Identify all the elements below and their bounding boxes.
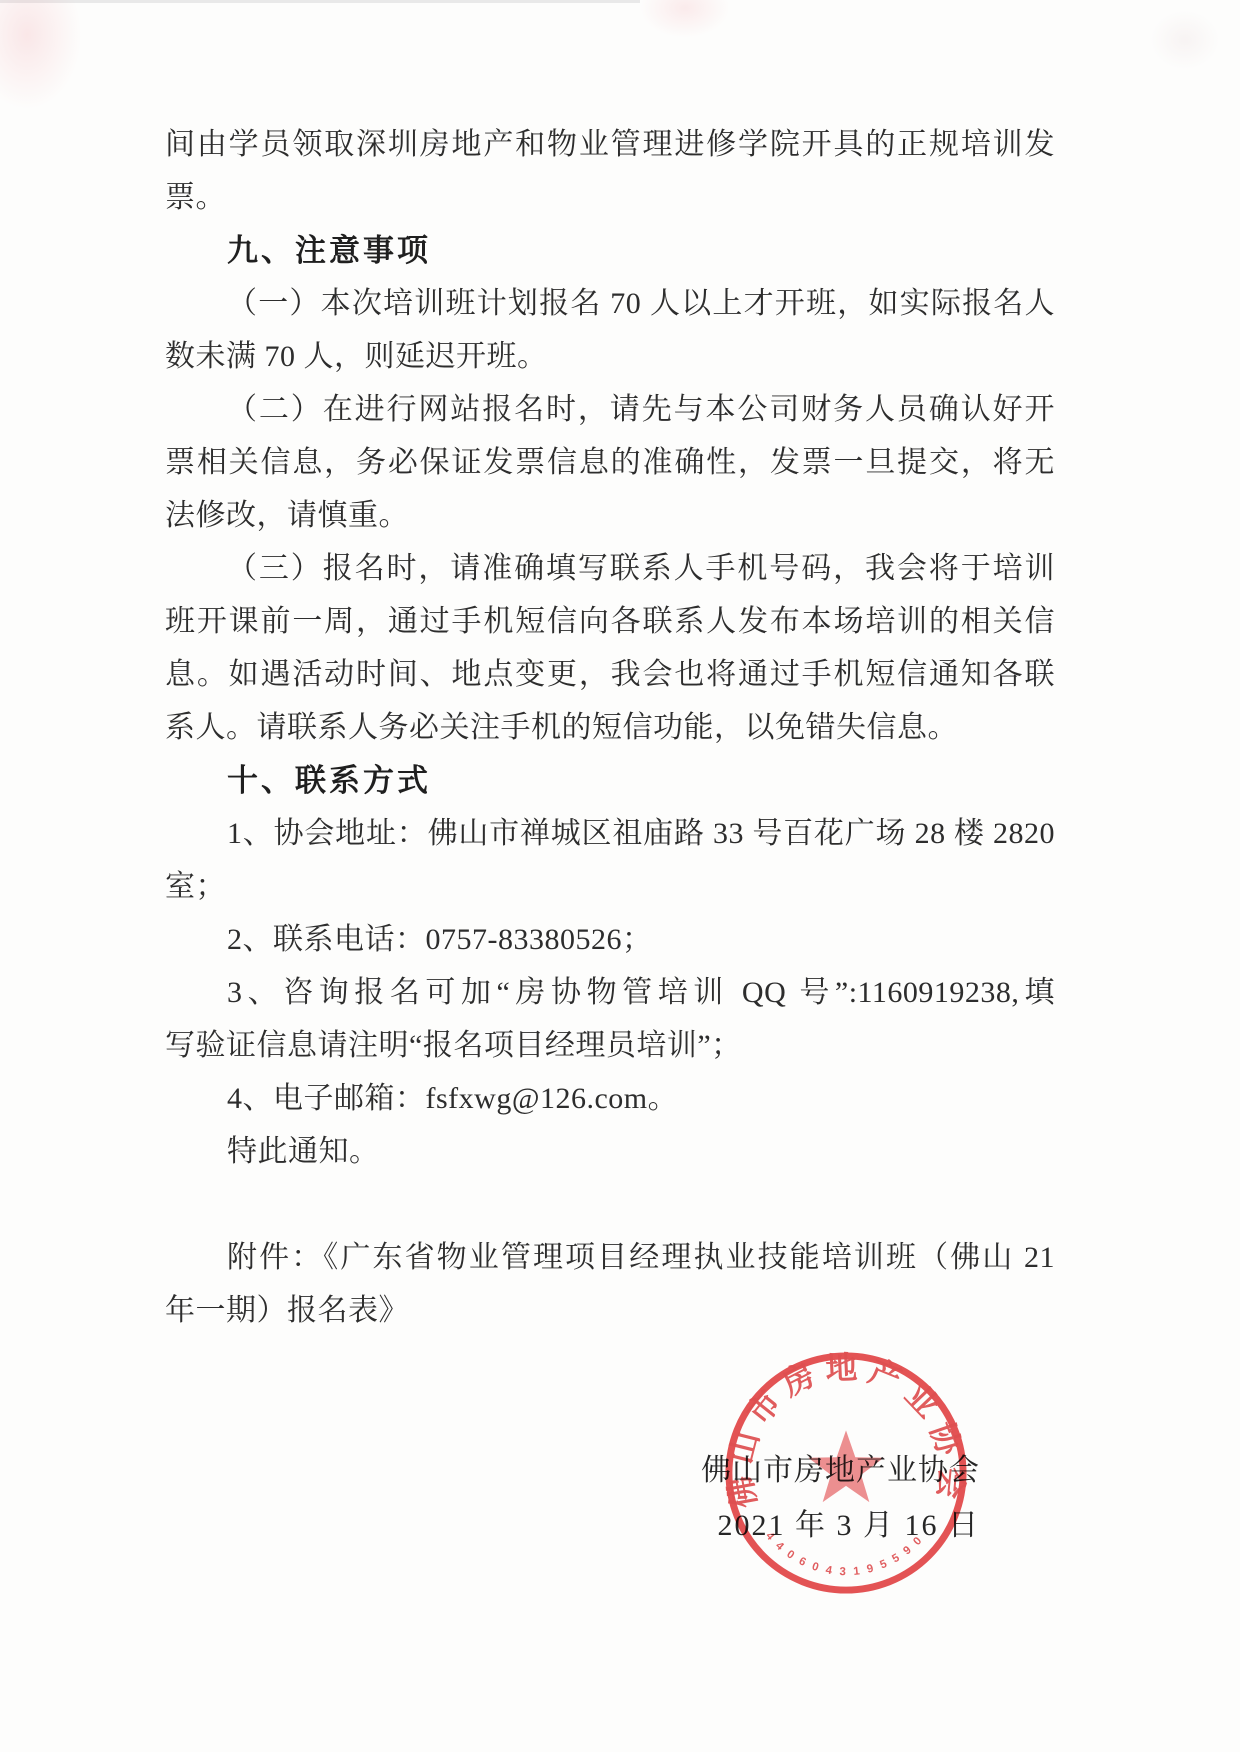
stamp-star-icon bbox=[808, 1430, 883, 1502]
body-line: （一）本次培训班计划报名 70 人以上才开班，如实际报名人 bbox=[165, 277, 1055, 330]
body-line: 数未满 70 人，则延迟开班。 bbox=[165, 330, 1055, 383]
scan-smudge bbox=[0, 0, 82, 110]
body-line-phone: 2、联系电话：0757-83380526； bbox=[165, 913, 1055, 966]
body-line-address: 室； bbox=[165, 860, 1055, 913]
section-heading: 十、联系方式 bbox=[165, 754, 1055, 807]
body-line: （三）报名时，请准确填写联系人手机号码，我会将于培训 bbox=[165, 542, 1055, 595]
body-line: 票相关信息，务必保证发票信息的准确性，发票一旦提交，将无 bbox=[165, 436, 1055, 489]
attachment-line: 年一期）报名表》 bbox=[165, 1284, 1055, 1337]
stamp-ring-text: 佛山市房地产业协会 bbox=[722, 1349, 970, 1511]
body-line: 系人。请联系人务必关注手机的短信功能，以免错失信息。 bbox=[165, 701, 1055, 754]
body-line-qq: 写验证信息请注明“报名项目经理员培训”； bbox=[165, 1019, 1055, 1072]
body-line: （二）在进行网站报名时，请先与本公司财务人员确认好开 bbox=[165, 383, 1055, 436]
body-line: 息。如遇活动时间、地点变更，我会也将通过手机短信通知各联 bbox=[165, 648, 1055, 701]
body-line: 票。 bbox=[165, 171, 1055, 224]
attachment-line: 附件：《广东省物业管理项目经理执业技能培训班（佛山 21 bbox=[165, 1231, 1055, 1284]
body-line-qq: 3、咨询报名可加“房协物管培训 QQ 号”:1160919238,填 bbox=[165, 966, 1055, 1019]
body-line: 法修改，请慎重。 bbox=[165, 489, 1055, 542]
scanned-document-page: 间由学员领取深圳房地产和物业管理进修学院开具的正规培训发 票。 九、注意事项 （… bbox=[0, 0, 1240, 1752]
body-line: 间由学员领取深圳房地产和物业管理进修学院开具的正规培训发 bbox=[165, 118, 1055, 171]
body-line: 特此通知。 bbox=[165, 1125, 1055, 1178]
document-body: 间由学员领取深圳房地产和物业管理进修学院开具的正规培训发 票。 九、注意事项 （… bbox=[165, 118, 1055, 1337]
scan-smudge bbox=[1150, 10, 1220, 70]
scan-edge-artifact bbox=[0, 0, 640, 3]
body-line-address: 1、协会地址：佛山市禅城区祖庙路 33 号百花广场 28 楼 2820 bbox=[165, 807, 1055, 860]
official-seal-stamp: 佛山市房地产业协会 4406043195590 bbox=[722, 1349, 970, 1597]
body-line-email: 4、电子邮箱：fsfxwg@126.com。 bbox=[165, 1072, 1055, 1125]
scan-smudge bbox=[640, 0, 730, 38]
section-heading: 九、注意事项 bbox=[165, 224, 1055, 277]
body-line: 班开课前一周，通过手机短信向各联系人发布本场培训的相关信 bbox=[165, 595, 1055, 648]
